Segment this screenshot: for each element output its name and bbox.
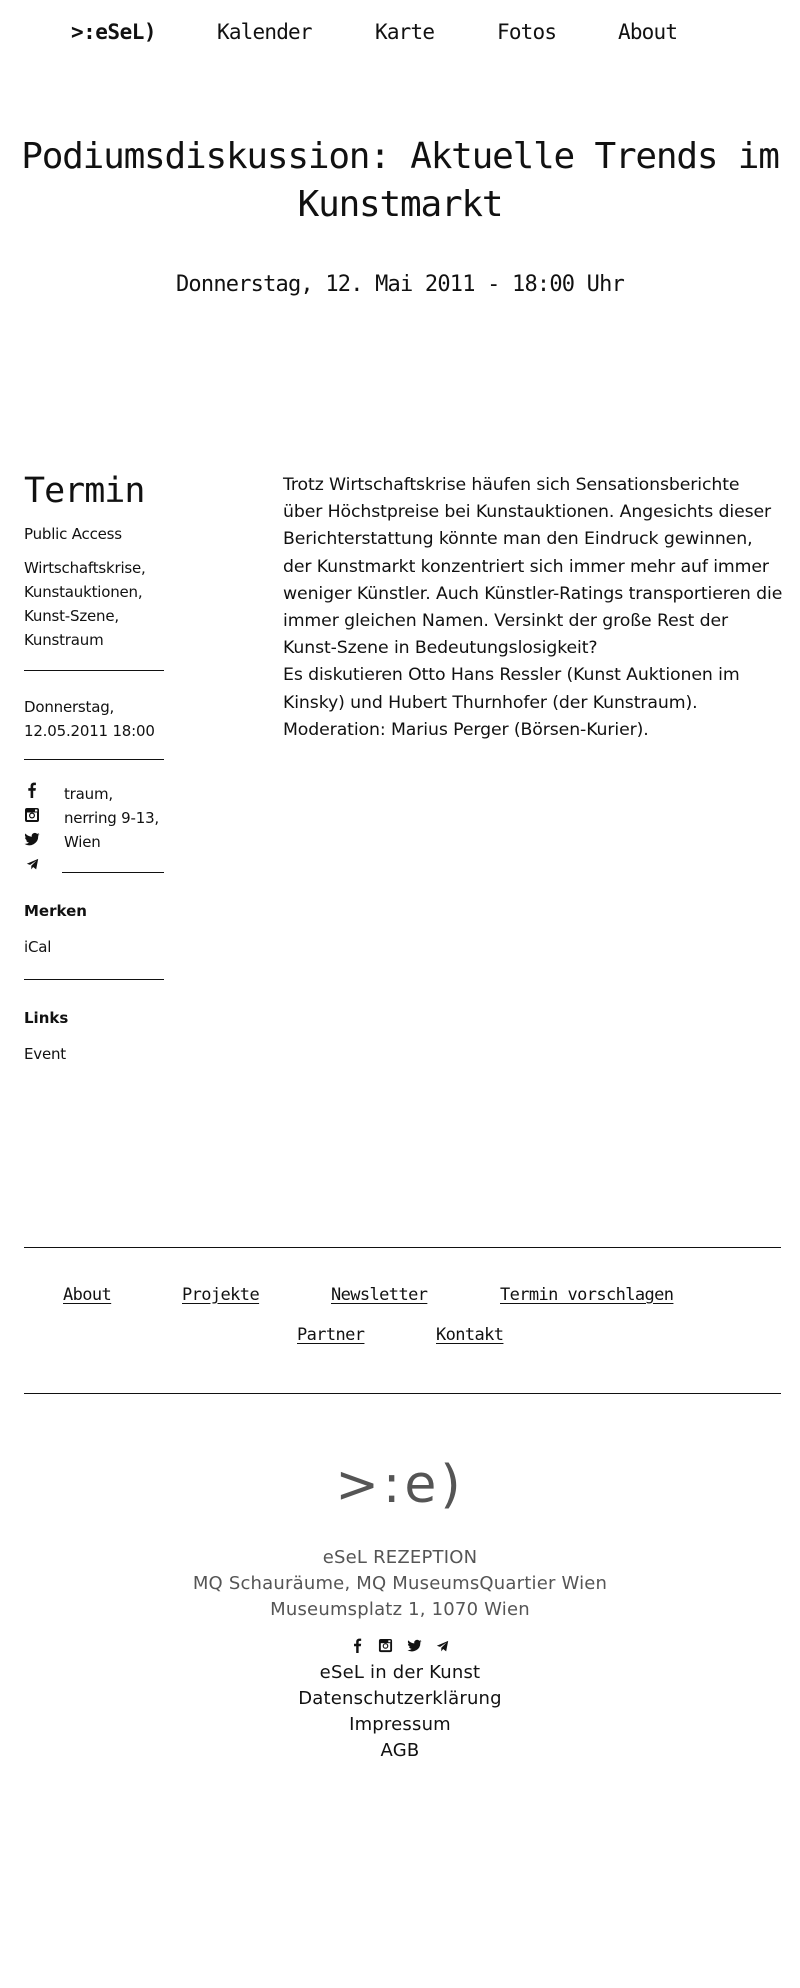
top-navigation: >:eSeL) Kalender Karte Fotos About xyxy=(0,20,800,52)
footer-link-termin-vorschlagen[interactable]: Termin vorschlagen xyxy=(500,1285,673,1305)
address-line: Wien xyxy=(64,833,101,851)
info-heading: Termin xyxy=(24,468,164,514)
footer-social-icons xyxy=(0,1635,800,1653)
divider xyxy=(24,670,164,671)
tag-link[interactable]: Wirtschaftskrise, xyxy=(24,559,146,577)
twitter-icon[interactable] xyxy=(24,831,40,847)
links-label: Links xyxy=(24,1006,164,1030)
footer-link-newsletter[interactable]: Newsletter xyxy=(331,1285,427,1305)
nav-fotos[interactable]: Fotos xyxy=(497,20,556,44)
description-paragraph: Trotz Wirtschaftskrise häufen sich Sensa… xyxy=(283,472,783,662)
footer-link-esel-in-der-kunst[interactable]: eSeL in der Kunst xyxy=(0,1660,800,1686)
address-line: traum, xyxy=(64,785,113,803)
footer-divider xyxy=(24,1393,781,1394)
telegram-icon[interactable] xyxy=(435,1638,450,1653)
twitter-icon[interactable] xyxy=(407,1638,422,1653)
access-type: Public Access xyxy=(24,522,164,546)
footer-link-about[interactable]: About xyxy=(63,1285,111,1305)
tag-link[interactable]: Kunstraum xyxy=(24,631,103,649)
nav-about[interactable]: About xyxy=(618,20,677,44)
nav-kalender[interactable]: Kalender xyxy=(217,20,312,44)
instagram-icon[interactable] xyxy=(378,1638,393,1653)
facebook-icon[interactable] xyxy=(350,1638,365,1653)
footer-links: eSeL in der Kunst Datenschutzerklärung I… xyxy=(0,1660,800,1764)
footer-link-impressum[interactable]: Impressum xyxy=(0,1712,800,1738)
address-line: MQ Schauräume, MQ MuseumsQuartier Wien xyxy=(0,1571,800,1597)
event-date: Donnerstag, 12.05.2011 18:00 xyxy=(24,695,164,743)
event-title: Podiumsdiskussion: Aktuelle Trends im Ku… xyxy=(20,133,780,229)
nav-karte[interactable]: Karte xyxy=(375,20,434,44)
site-logo[interactable]: >:eSeL) xyxy=(71,20,156,44)
tag-link[interactable]: Kunstauktionen, xyxy=(24,583,142,601)
description-paragraph: Es diskutieren Otto Hans Ressler (Kunst … xyxy=(283,662,783,716)
tag-link[interactable]: Kunst-Szene, xyxy=(24,607,119,625)
event-tags: Wirtschaftskrise, Kunstauktionen, Kunst-… xyxy=(24,556,164,652)
event-description: Trotz Wirtschaftskrise häufen sich Sensa… xyxy=(283,472,783,744)
footer-address: eSeL REZEPTION MQ Schauräume, MQ Museums… xyxy=(0,1545,800,1623)
event-info-sidebar: Termin Public Access Wirtschaftskrise, K… xyxy=(24,468,164,1066)
ical-link[interactable]: iCal xyxy=(24,935,164,959)
address-line: nerring 9-13, xyxy=(64,809,159,827)
footer-link-partner[interactable]: Partner xyxy=(297,1325,364,1345)
merken-label: Merken xyxy=(24,899,164,923)
social-sidebar xyxy=(20,778,62,880)
footer-logo[interactable]: >:e) xyxy=(0,1455,800,1515)
event-date-day: Donnerstag, xyxy=(24,698,114,716)
event-date-line: Donnerstag, 12. Mai 2011 - 18:00 Uhr xyxy=(0,272,800,297)
address-line: eSeL REZEPTION xyxy=(0,1545,800,1571)
footer-divider xyxy=(24,1247,781,1248)
footer-link-kontakt[interactable]: Kontakt xyxy=(436,1325,503,1345)
footer-link-agb[interactable]: AGB xyxy=(0,1738,800,1764)
divider xyxy=(24,979,164,980)
event-date-time: 12.05.2011 18:00 xyxy=(24,722,155,740)
footer-link-datenschutz[interactable]: Datenschutzerklärung xyxy=(0,1686,800,1712)
footer-link-projekte[interactable]: Projekte xyxy=(182,1285,259,1305)
description-paragraph: Moderation: Marius Perger (Börsen-Kurier… xyxy=(283,717,783,744)
event-link[interactable]: Event xyxy=(24,1042,164,1066)
instagram-icon[interactable] xyxy=(24,807,40,823)
telegram-icon[interactable] xyxy=(26,856,42,872)
divider xyxy=(24,759,164,760)
facebook-icon[interactable] xyxy=(24,782,40,798)
address-line: Museumsplatz 1, 1070 Wien xyxy=(0,1597,800,1623)
